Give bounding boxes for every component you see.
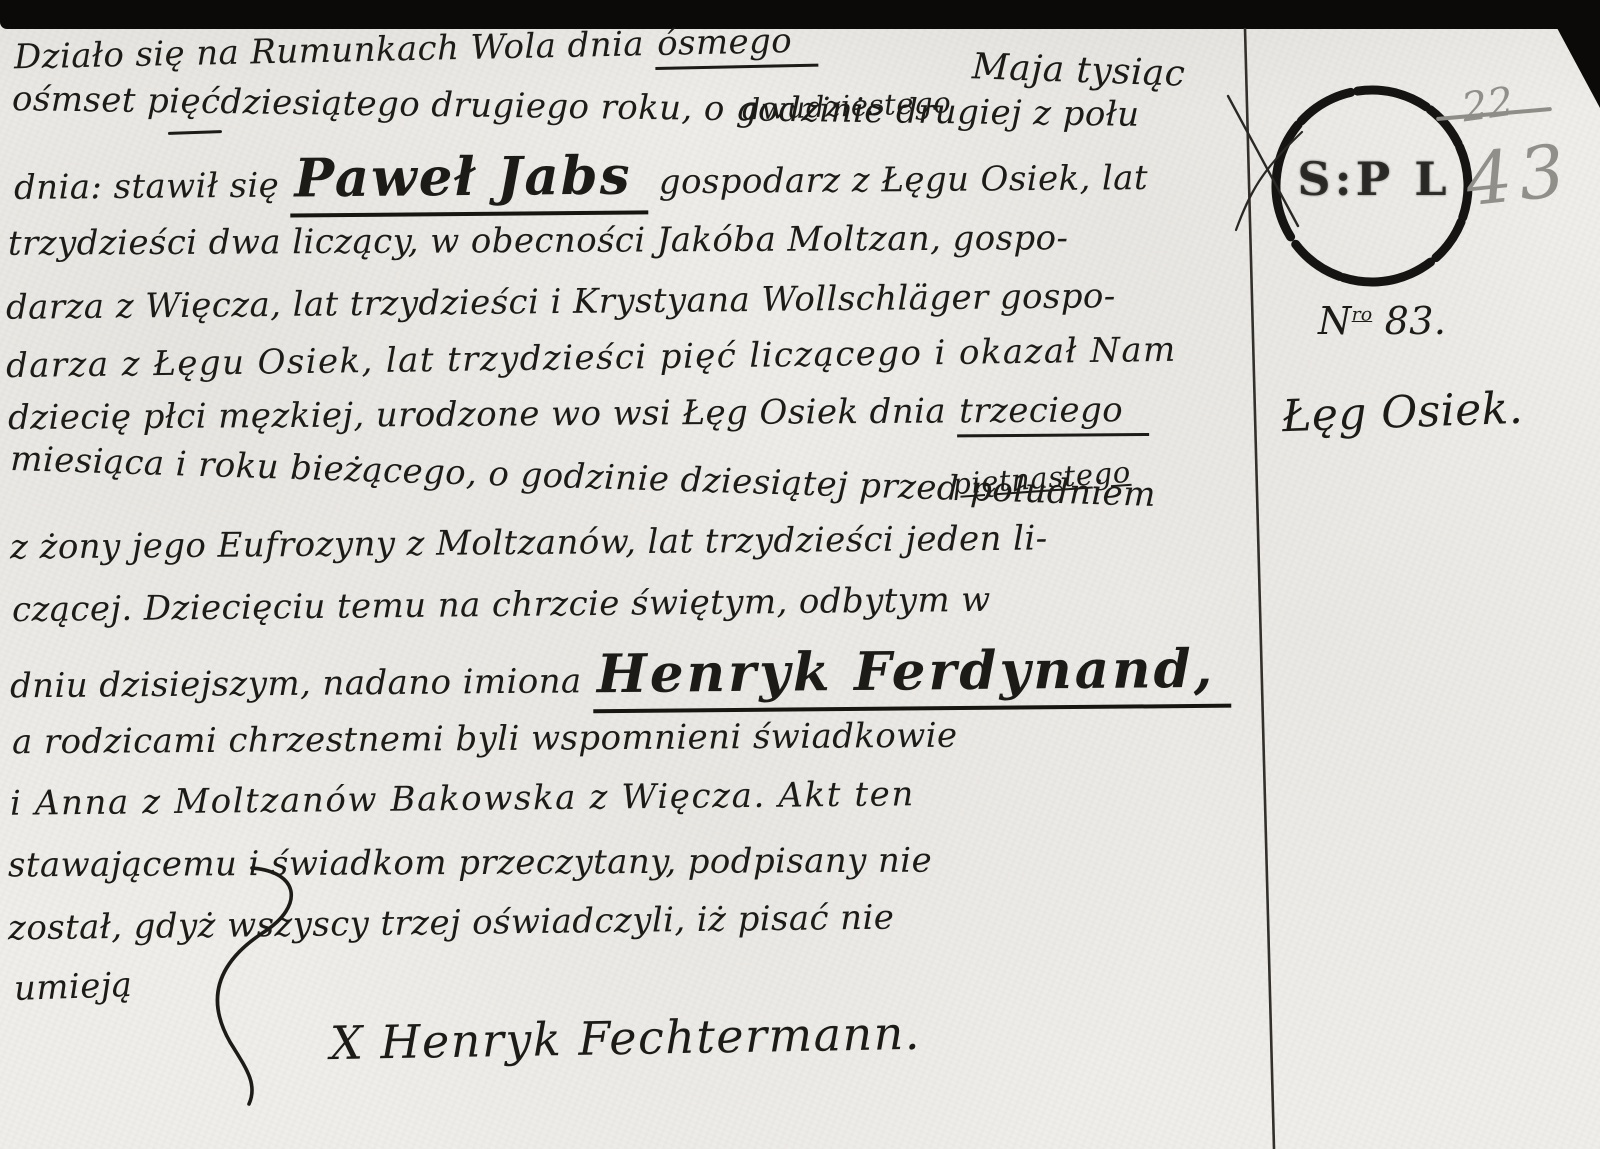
text-line-15: został, gdyż wszyscy trzej oświadczyli, … (8, 899, 895, 949)
text-line-16: umieją (13, 966, 133, 1009)
text-line-4: trzydzieści dwa liczący, w obecności Jak… (8, 219, 1069, 264)
text-line-11: dniu dzisiejszym, nadano imiona Henryk F… (10, 639, 1232, 719)
father-name-underlined: Paweł Jabs (290, 145, 648, 217)
underlined-word: ósmego (655, 22, 819, 70)
text-line-7: dziecię płci męzkiej, urodzone wo wsi Łę… (8, 391, 1149, 444)
text-line-3: dnia: stawił się Paweł Jabs gospodarz z … (14, 141, 1148, 220)
line-text: Działo się na Rumunkach Wola dnia (14, 24, 656, 77)
scanned-birth-record-page: S:P L 22 43 Nro 83. Łęg Osiek. Działo si… (0, 0, 1600, 1149)
underlined-word: trzeciego (957, 391, 1149, 437)
crossed-out-number: 22 (1459, 79, 1517, 132)
margin-rule-line (1245, 28, 1274, 1149)
margin-place-name: Łęg Osiek. (1281, 384, 1524, 443)
text-line-12: a rodzicami chrzestnemi byli wspomnieni … (12, 717, 958, 763)
text-line-5: darza z Więcza, lat trzydzieści i Krysty… (6, 277, 1116, 328)
insertion-dash-mark (168, 130, 222, 135)
official-stamp-text: S:P L (1284, 152, 1464, 206)
line-text: dziecię płci męzkiej, urodzone wo wsi Łę… (8, 391, 958, 438)
text-line-10: czącej. Dziecięciu temu na chrzcie święt… (12, 581, 991, 630)
record-number: Nro 83. (1318, 300, 1446, 344)
priest-signature: X Henryk Fechtermann. (330, 1007, 922, 1070)
closing-flourish (217, 868, 291, 1104)
pencil-number: 43 (1462, 129, 1576, 222)
record-number-superscript: ro (1352, 303, 1373, 325)
line-text: gospodarz z Łęgu Osiek, lat (647, 158, 1148, 202)
text-line-1: Działo się na Rumunkach Wola dnia ósmego (14, 22, 819, 84)
text-line-9: z żony jego Eufrozyny z Moltzanów, lat t… (10, 519, 1048, 567)
record-number-prefix: N (1318, 299, 1352, 343)
line-text: dnia: stawił się (14, 166, 291, 208)
child-name-underlined: Henryk Ferdynand, (593, 639, 1232, 714)
text-line-14: stawającemu i świadkom przeczytany, podp… (8, 842, 932, 886)
line-text: dniu dzisiejszym, nadano imiona (10, 661, 593, 706)
text-line-8: miesiąca i roku bieżącego, o godzinie dz… (10, 440, 1157, 515)
text-line-13: i Anna z Moltzanów Bakowska z Więcza. Ak… (10, 775, 915, 824)
text-line-1-tail: Maja tysiąc (971, 46, 1186, 95)
text-line-6: darza z Łęgu Osiek, lat trzydzieści pięć… (6, 331, 1177, 386)
text-line-2: ośmset pięćdziesiątego drugiego roku, o … (12, 80, 1140, 135)
record-number-value: 83. (1385, 299, 1447, 343)
